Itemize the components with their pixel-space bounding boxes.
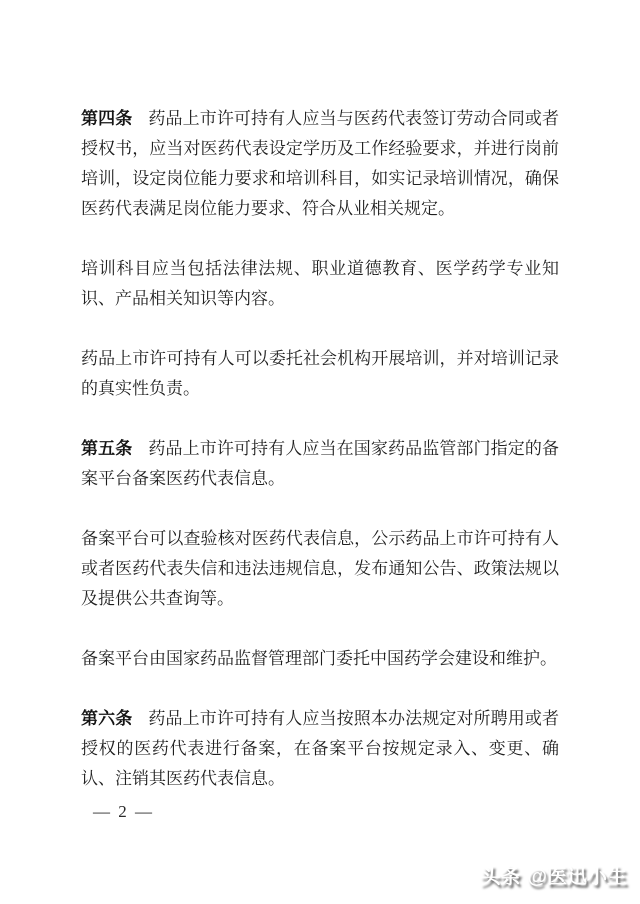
paragraph-text: 药品上市许可持有人应当按照本办法规定对所聘用或者授权的医药代表进行备案，在备案平… [81,709,559,788]
paragraph-text: 培训科目应当包括法律法规、职业道德教育、医学药学专业知识、产品相关知识等内容。 [81,259,559,308]
document-body: 第四条药品上市许可持有人应当与医药代表签订劳动合同或者授权书，应当对医药代表设定… [81,104,559,824]
document-page: 第四条药品上市许可持有人应当与医药代表签订劳动合同或者授权书，应当对医药代表设定… [0,0,640,904]
article-number-label: 第五条 [81,439,132,458]
paragraph-text: 备案平台可以查验核对医药代表信息，公示药品上市许可持有人或者医药代表失信和违法违… [81,529,559,608]
watermark-handle: @医迅小生 [527,860,627,889]
watermark-brand: 头条 [480,860,520,889]
paragraph: 备案平台由国家药品监督管理部门委托中国药学会建设和维护。 [81,644,559,674]
paragraph-article-6: 第六条药品上市许可持有人应当按照本办法规定对所聘用或者授权的医药代表进行备案，在… [81,704,559,794]
article-number-label: 第六条 [81,709,132,728]
paragraph: 培训科目应当包括法律法规、职业道德教育、医学药学专业知识、产品相关知识等内容。 [81,254,559,314]
article-number-label: 第四条 [81,109,132,128]
paragraph-article-4: 第四条药品上市许可持有人应当与医药代表签订劳动合同或者授权书，应当对医药代表设定… [81,104,559,224]
paragraph-article-5: 第五条药品上市许可持有人应当在国家药品监管部门指定的备案平台备案医药代表信息。 [81,434,559,494]
paragraph: 药品上市许可持有人可以委托社会机构开展培训，并对培训记录的真实性负责。 [81,344,559,404]
paragraph-text: 药品上市许可持有人应当与医药代表签订劳动合同或者授权书，应当对医药代表设定学历及… [81,109,559,218]
paragraph: 备案平台可以查验核对医药代表信息，公示药品上市许可持有人或者医药代表失信和违法违… [81,524,559,614]
paragraph-text: 药品上市许可持有人应当在国家药品监管部门指定的备案平台备案医药代表信息。 [81,439,559,488]
paragraph-text: 备案平台由国家药品监督管理部门委托中国药学会建设和维护。 [81,649,557,668]
page-number: — 2 — [81,800,559,824]
paragraph-text: 药品上市许可持有人可以委托社会机构开展培训，并对培训记录的真实性负责。 [81,349,559,398]
watermark: 头条 @医迅小生 [480,860,627,889]
